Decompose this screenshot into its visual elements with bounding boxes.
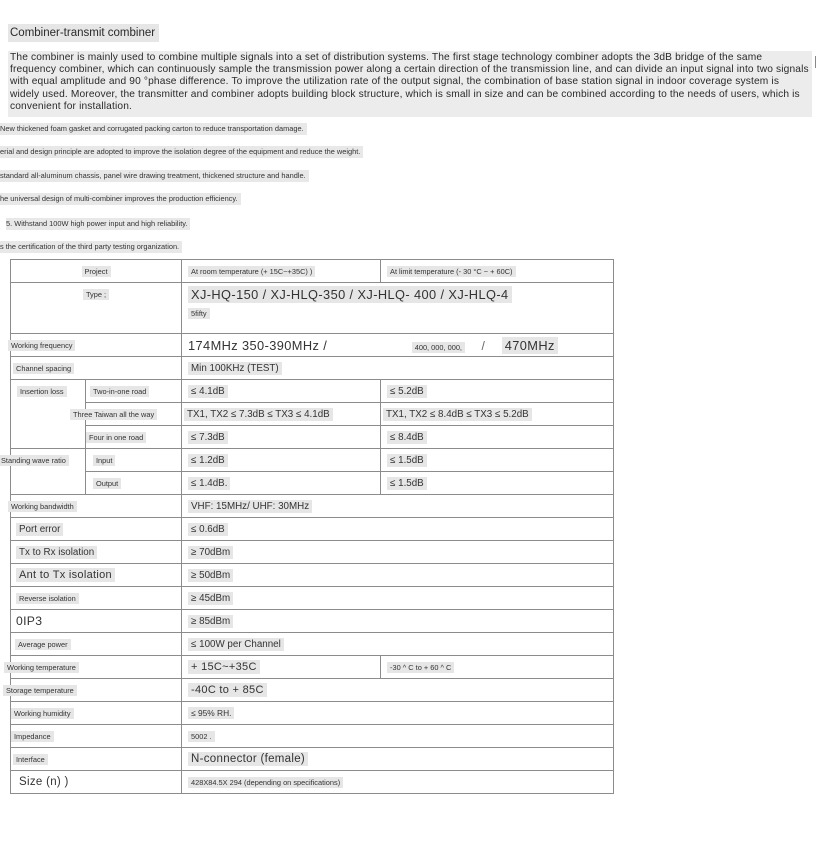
reverse-isolation-label: Reverse isolation bbox=[11, 587, 182, 610]
tx-rx-isolation-value: ≥ 70dBm bbox=[182, 541, 614, 564]
insertion-loss-limit: ≤ 8.4dB bbox=[381, 426, 614, 449]
table-header-row: Project At room temperature (+ 15C~+35C)… bbox=[11, 260, 614, 283]
table-row-insertion-loss: Three Taiwan all the way TX1, TX2 ≤ 7.3d… bbox=[11, 403, 614, 426]
vswr-limit: ≤ 1.5dB bbox=[381, 472, 614, 495]
table-row-insertion-loss: Insertion loss Two-in-one road ≤ 4.1dB ≤… bbox=[11, 380, 614, 403]
oip3-value: ≥ 85dBm bbox=[182, 610, 614, 633]
header-limit-temp: At limit temperature (- 30 °C ~ + 60C) bbox=[381, 260, 614, 283]
header-room-temp: At room temperature (+ 15C~+35C) ) bbox=[182, 260, 381, 283]
vswr-limit: ≤ 1.5dB bbox=[381, 449, 614, 472]
table-row-tx-rx-isolation: Tx to Rx isolation ≥ 70dBm bbox=[11, 541, 614, 564]
table-row-working-humidity: Working humidity ≤ 95% RH. bbox=[11, 702, 614, 725]
working-temperature-room: + 15C~+35C bbox=[182, 656, 381, 679]
table-row-reverse-isolation: Reverse isolation ≥ 45dBm bbox=[11, 587, 614, 610]
feature-item: 5. Withstand 100W high power input and h… bbox=[6, 218, 190, 230]
insertion-loss-sub: Two-in-one road bbox=[86, 380, 182, 403]
spec-table: Project At room temperature (+ 15C~+35C)… bbox=[10, 259, 614, 794]
vswr-sub: Input bbox=[86, 449, 182, 472]
working-frequency-label: Working frequency bbox=[11, 334, 182, 357]
insertion-loss-room: ≤ 4.1dB bbox=[182, 380, 381, 403]
ant-tx-isolation-label: Ant to Tx isolation bbox=[11, 564, 182, 587]
feature-item: s the certification of the third party t… bbox=[0, 241, 182, 253]
average-power-label: Average power bbox=[11, 633, 182, 656]
table-row-insertion-loss: Four in one road ≤ 7.3dB ≤ 8.4dB bbox=[11, 426, 614, 449]
table-row-impedance: Impedance 5002 . bbox=[11, 725, 614, 748]
insertion-loss-room: TX1, TX2 ≤ 7.3dB ≤ TX3 ≤ 4.1dB bbox=[182, 403, 381, 426]
insertion-loss-room: ≤ 7.3dB bbox=[182, 426, 381, 449]
type-value: XJ-HQ-150 / XJ-HLQ-350 / XJ-HLQ- 400 / X… bbox=[182, 283, 614, 334]
table-row-vswr: Output ≤ 1.4dB. ≤ 1.5dB bbox=[11, 472, 614, 495]
vswr-room: ≤ 1.4dB. bbox=[182, 472, 381, 495]
interface-label: Interface bbox=[11, 748, 182, 771]
working-temperature-label: Working temperature bbox=[11, 656, 182, 679]
working-humidity-value: ≤ 95% RH. bbox=[182, 702, 614, 725]
table-row-working-bandwidth: Working bandwidth VHF: 15MHz/ UHF: 30MHz bbox=[11, 495, 614, 518]
working-humidity-label: Working humidity bbox=[11, 702, 182, 725]
working-bandwidth-value: VHF: 15MHz/ UHF: 30MHz bbox=[182, 495, 614, 518]
size-value: 428X84.5X 294 (depending on specificatio… bbox=[182, 771, 614, 794]
storage-temperature-value: -40C to + 85C bbox=[182, 679, 614, 702]
feature-item: New thickened foam gasket and corrugated… bbox=[0, 123, 307, 135]
vswr-room: ≤ 1.2dB bbox=[182, 449, 381, 472]
average-power-value: ≤ 100W per Channel bbox=[182, 633, 614, 656]
size-label: Size (n) ) bbox=[11, 771, 182, 794]
storage-temperature-label: Storage temperature bbox=[11, 679, 182, 702]
table-row-port-error: Port error ≤ 0.6dB bbox=[11, 518, 614, 541]
feature-item: erial and design principle are adopted t… bbox=[0, 146, 363, 158]
intro-paragraph: The combiner is mainly used to combine m… bbox=[8, 51, 812, 117]
working-bandwidth-label: Working bandwidth bbox=[11, 495, 182, 518]
table-row-interface: Interface N-connector (female) bbox=[11, 748, 614, 771]
port-error-label: Port error bbox=[11, 518, 182, 541]
insertion-loss-sub: Three Taiwan all the way bbox=[86, 403, 182, 426]
working-temperature-limit: -30 ^ C to + 60 ^ C bbox=[381, 656, 614, 679]
insertion-loss-sub: Four in one road bbox=[86, 426, 182, 449]
type-label: Type ; bbox=[11, 283, 182, 334]
document-title: Combiner-transmit combiner bbox=[8, 24, 159, 42]
table-row-channel-spacing: Channel spacing Min 100KHz (TEST) bbox=[11, 357, 614, 380]
insertion-loss-limit: TX1, TX2 ≤ 8.4dB ≤ TX3 ≤ 5.2dB bbox=[381, 403, 614, 426]
table-row-size: Size (n) ) 428X84.5X 294 (depending on s… bbox=[11, 771, 614, 794]
impedance-label: Impedance bbox=[11, 725, 182, 748]
table-row-working-frequency: Working frequency 174MHz 350-390MHz / 40… bbox=[11, 334, 614, 357]
table-row-vswr: Standing wave ratio Input ≤ 1.2dB ≤ 1.5d… bbox=[11, 449, 614, 472]
vswr-sub: Output bbox=[86, 472, 182, 495]
reverse-isolation-value: ≥ 45dBm bbox=[182, 587, 614, 610]
insertion-loss-limit: ≤ 5.2dB bbox=[381, 380, 614, 403]
table-row-working-temperature: Working temperature + 15C~+35C -30 ^ C t… bbox=[11, 656, 614, 679]
interface-value: N-connector (female) bbox=[182, 748, 614, 771]
table-row-storage-temperature: Storage temperature -40C to + 85C bbox=[11, 679, 614, 702]
port-error-value: ≤ 0.6dB bbox=[182, 518, 614, 541]
oip3-label: 0IP3 bbox=[11, 610, 182, 633]
table-row-ant-tx-isolation: Ant to Tx isolation ≥ 50dBm bbox=[11, 564, 614, 587]
table-row-average-power: Average power ≤ 100W per Channel bbox=[11, 633, 614, 656]
text-cursor bbox=[815, 56, 816, 68]
tx-rx-isolation-label: Tx to Rx isolation bbox=[11, 541, 182, 564]
feature-item: standard all-aluminum chassis, panel wir… bbox=[0, 170, 309, 182]
table-row-type: Type ; XJ-HQ-150 / XJ-HLQ-350 / XJ-HLQ- … bbox=[11, 283, 614, 334]
vswr-label: Standing wave ratio bbox=[11, 449, 86, 495]
channel-spacing-value: Min 100KHz (TEST) bbox=[182, 357, 614, 380]
working-frequency-value: 174MHz 350-390MHz / 400, 000, 000, / 470… bbox=[182, 334, 614, 357]
feature-item: he universal design of multi-combiner im… bbox=[0, 193, 241, 205]
impedance-value: 5002 . bbox=[182, 725, 614, 748]
channel-spacing-label: Channel spacing bbox=[11, 357, 182, 380]
ant-tx-isolation-value: ≥ 50dBm bbox=[182, 564, 614, 587]
header-project: Project bbox=[11, 260, 182, 283]
table-row-oip3: 0IP3 ≥ 85dBm bbox=[11, 610, 614, 633]
